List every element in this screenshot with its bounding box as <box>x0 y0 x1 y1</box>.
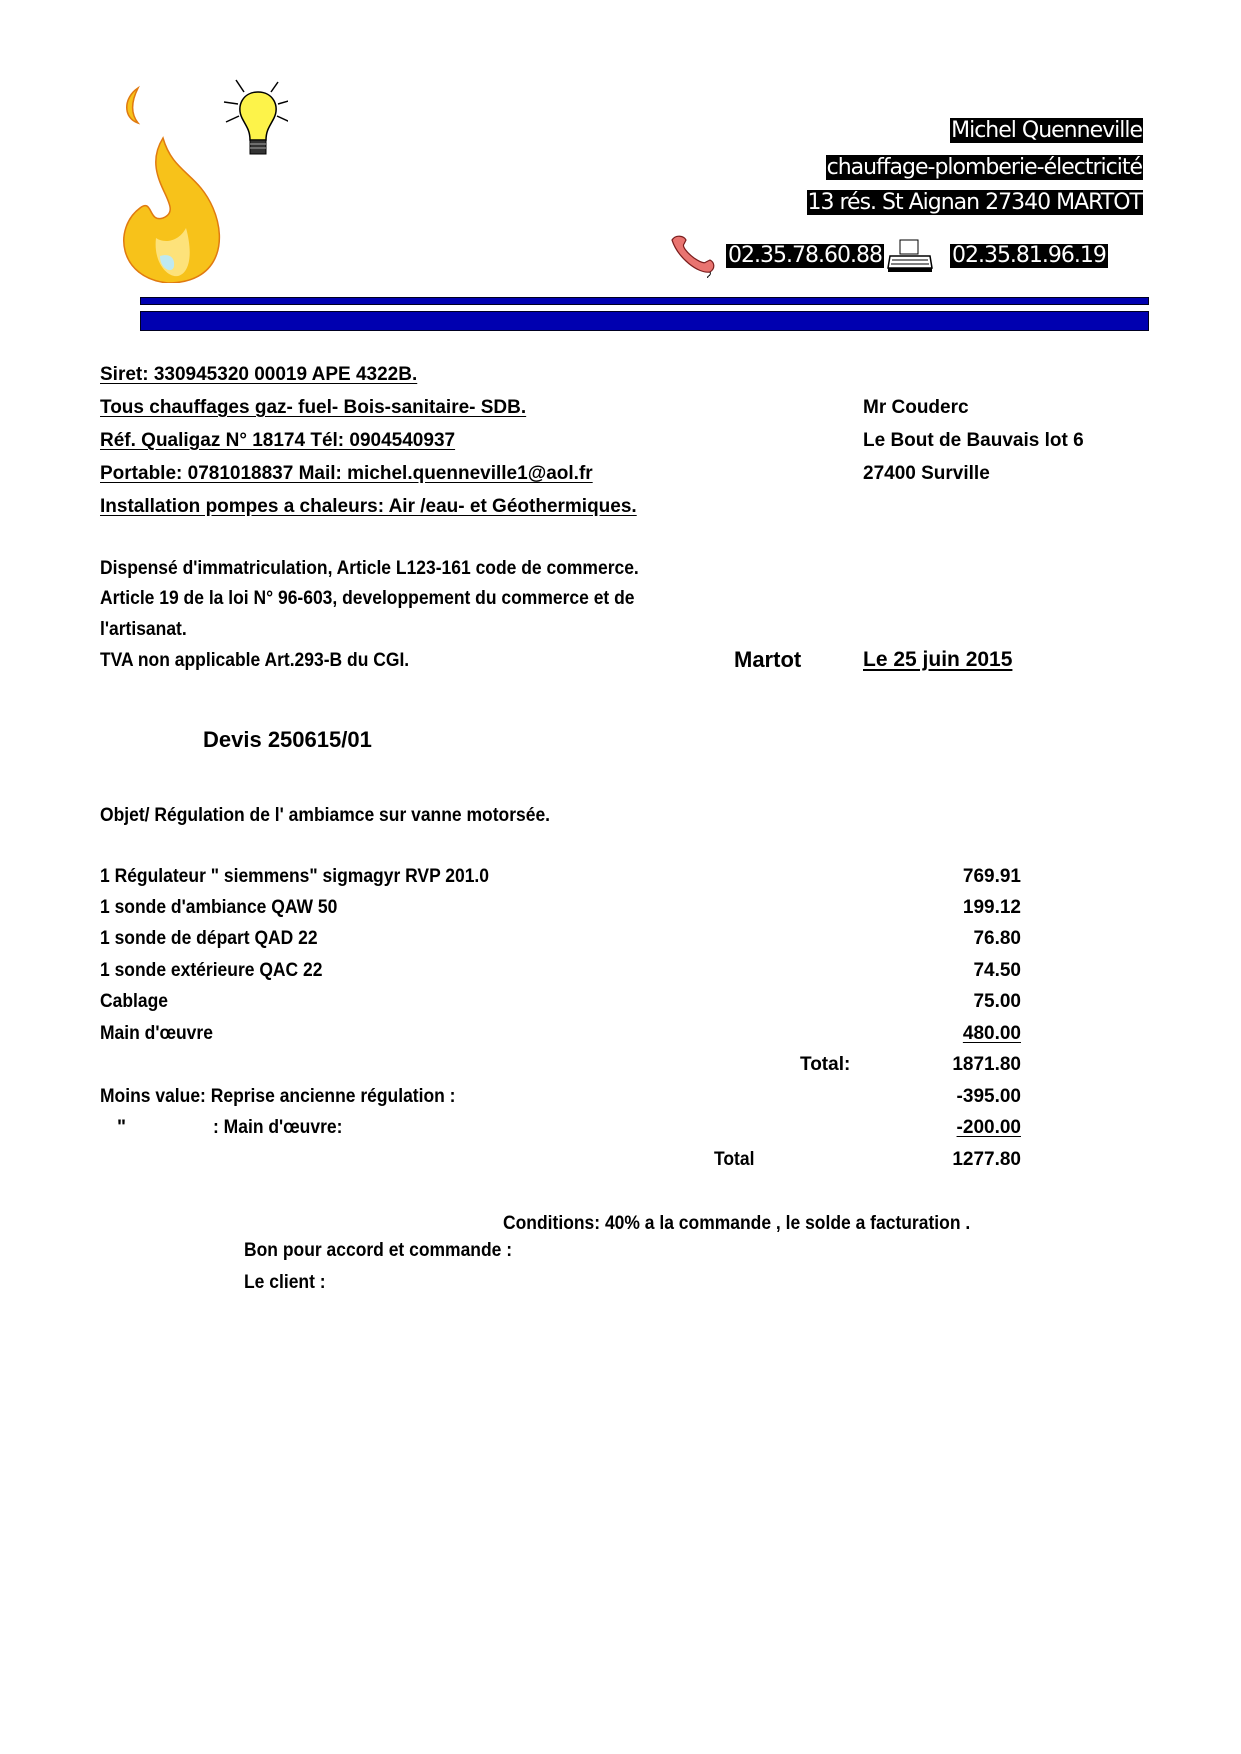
payment-conditions: Conditions: 40% a la commande , le solde… <box>503 1213 1011 1235</box>
company-name: Michel Quenneville <box>950 118 1143 143</box>
item-amount: 480.00 <box>963 1023 1021 1045</box>
company-logo <box>118 78 288 283</box>
client-address-line2: 27400 Surville <box>863 463 990 485</box>
client-signature-label: Le client : <box>244 1272 333 1294</box>
flame-icon <box>124 88 220 283</box>
fax-number: 02.35.81.96.19 <box>950 244 1108 268</box>
client-address-line1: Le Bout de Bauvais lot 6 <box>863 430 1084 452</box>
exemption-line: TVA non applicable Art.293-B du CGI. <box>100 650 436 672</box>
light-bulb-icon <box>224 80 288 154</box>
telephone-icon <box>668 234 724 278</box>
company-trades: chauffage-plomberie-électricité <box>826 155 1143 180</box>
exemption-line: Article 19 de la loi N° 96-603, developp… <box>100 588 681 610</box>
fax-icon <box>886 238 934 274</box>
quote-object: Objet/ Régulation de l' ambiamce sur van… <box>100 805 589 827</box>
legal-contact: Portable: 0781018837 Mail: michel.quenne… <box>100 463 593 485</box>
legal-qualigaz: Réf. Qualigaz N° 18174 Tél: 0904540937 <box>100 430 455 452</box>
deduction-amount: -395.00 <box>957 1086 1021 1108</box>
header-divider-thick <box>140 311 1149 331</box>
legal-services: Tous chauffages gaz- fuel- Bois-sanitair… <box>100 397 526 419</box>
ditto-mark: " <box>117 1117 126 1139</box>
phone-number: 02.35.78.60.88 <box>726 244 884 268</box>
item-amount: 76.80 <box>973 928 1021 950</box>
subtotal-amount: 1871.80 <box>952 1054 1021 1076</box>
quote-number: Devis 250615/01 <box>203 727 372 753</box>
item-label: 1 sonde extérieure QAC 22 <box>100 960 342 982</box>
header-divider-thin <box>140 297 1149 305</box>
exemption-line: Dispensé d'immatriculation, Article L123… <box>100 558 686 580</box>
item-label: Main d'œuvre <box>100 1023 223 1045</box>
approval-label: Bon pour accord et commande : <box>244 1240 535 1262</box>
date: Le 25 juin 2015 <box>863 648 1012 672</box>
company-address: 13 rés. St Aignan 27340 MARTOT <box>807 190 1144 215</box>
item-amount: 74.50 <box>973 960 1021 982</box>
legal-siret: Siret: 330945320 00019 APE 4322B. <box>100 364 417 386</box>
item-amount: 199.12 <box>963 897 1021 919</box>
deduction-label: : Main d'œuvre: <box>213 1117 354 1139</box>
item-label: Cablage <box>100 991 174 1013</box>
legal-heatpumps: Installation pompes a chaleurs: Air /eau… <box>100 496 637 518</box>
total-amount: 1277.80 <box>952 1149 1021 1171</box>
item-amount: 75.00 <box>973 991 1021 1013</box>
item-amount: 769.91 <box>963 866 1021 888</box>
total-label: Total <box>714 1149 758 1171</box>
place: Martot <box>734 647 801 673</box>
deduction-amount: -200.00 <box>957 1117 1021 1139</box>
client-name: Mr Couderc <box>863 397 969 419</box>
item-label: 1 sonde d'ambiance QAW 50 <box>100 897 358 919</box>
contact-numbers: 02.35.78.60.88 02.35.81.96.19 <box>668 236 1108 276</box>
item-label: 1 sonde de départ QAD 22 <box>100 928 337 950</box>
deduction-label: Moins value: Reprise ancienne régulation… <box>100 1086 486 1108</box>
subtotal-label: Total: <box>800 1054 850 1076</box>
exemption-line: l'artisanat. <box>100 619 194 641</box>
item-label: 1 Régulateur " siemmens" sigmagyr RVP 20… <box>100 866 523 888</box>
